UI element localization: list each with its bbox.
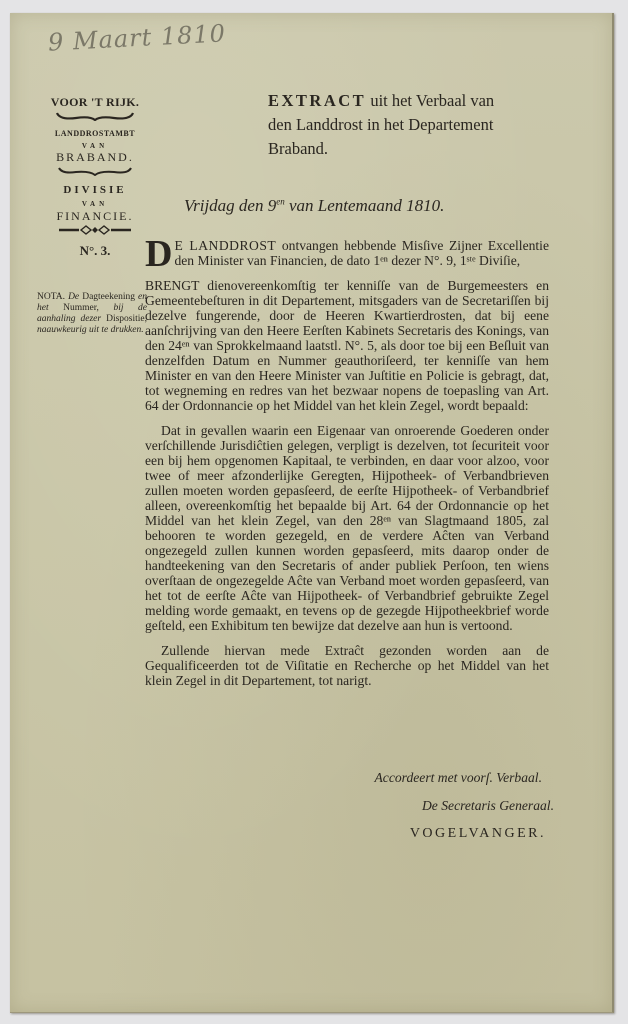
division-number: N°. 3.: [34, 244, 156, 259]
van-label: VAN: [34, 142, 156, 150]
dateline: Vrijdag den 9en van Lentemaand 1810.: [184, 196, 444, 216]
date-prefix: Vrijdag den 9: [184, 196, 276, 215]
diamond-rule-ornament-icon: [57, 225, 133, 235]
date-ordinal: en: [276, 196, 285, 206]
secretaris-title: De Secretaris Generaal.: [422, 798, 554, 814]
issuer-sidebar: VOOR 'T RIJK. LANDDROSTAMBT VAN BRABAND.…: [34, 96, 156, 259]
landdrostambt-label: LANDDROSTAMBT: [34, 129, 156, 138]
brace-ornament-icon: [58, 167, 132, 176]
van-label: VAN: [34, 200, 156, 208]
braband-label: BRABAND.: [34, 151, 156, 165]
title-line-2: den Landdrost in het Departement: [268, 115, 493, 134]
brengt-caps: BRENGT: [145, 278, 199, 293]
drop-cap: D: [145, 238, 172, 269]
voor-rijk-heading: VOOR 'T RIJK.: [34, 96, 156, 110]
extract-word: EXTRACT: [268, 91, 366, 110]
title-line-1: uit het Verbaal van: [370, 91, 494, 110]
title-line-3: Braband.: [268, 139, 328, 158]
nota-label: NOTA.: [37, 292, 65, 302]
decree-body: DE LANDDROST ontvangen hebbende Misſive …: [145, 238, 549, 698]
signatory-name: VOGELVANGER.: [410, 826, 546, 842]
accordeert-line: Accordeert met voorſ. Verbaal.: [375, 770, 543, 786]
paragraph-4: Zullende hiervan mede Extraĉt gezonden w…: [145, 643, 549, 688]
paragraph-text: dienovereenkomſtig ter kenniſſe van de B…: [145, 278, 549, 413]
paragraph-3: Dat in gevallen waarin een Eigenaar van …: [145, 423, 549, 633]
brace-ornament-icon: [56, 112, 134, 121]
divisie-label: DIVISIE: [34, 184, 156, 197]
nota-text: De: [68, 292, 79, 302]
nota-text: Dispositie,: [106, 314, 147, 324]
landdrost-caps: E LANDDROST: [174, 238, 276, 253]
paragraph-1: DE LANDDROST ontvangen hebbende Misſive …: [145, 238, 549, 268]
date-suffix: van Lentemaand 1810.: [289, 196, 444, 215]
financie-label: FINANCIE.: [34, 210, 156, 224]
nota-text: Nummer,: [63, 303, 99, 313]
document-title: EXTRACT uit het Verbaal van den Landdros…: [268, 89, 558, 161]
nota-text: Dagteekening: [82, 292, 135, 302]
nota-block: NOTA. De Dagteekening en het Nummer, bij…: [37, 292, 147, 336]
nota-text: naauwkeurig uit te drukken.: [37, 325, 144, 335]
paragraph-2: BRENGT dienovereenkomſtig ter kenniſſe v…: [145, 278, 549, 413]
